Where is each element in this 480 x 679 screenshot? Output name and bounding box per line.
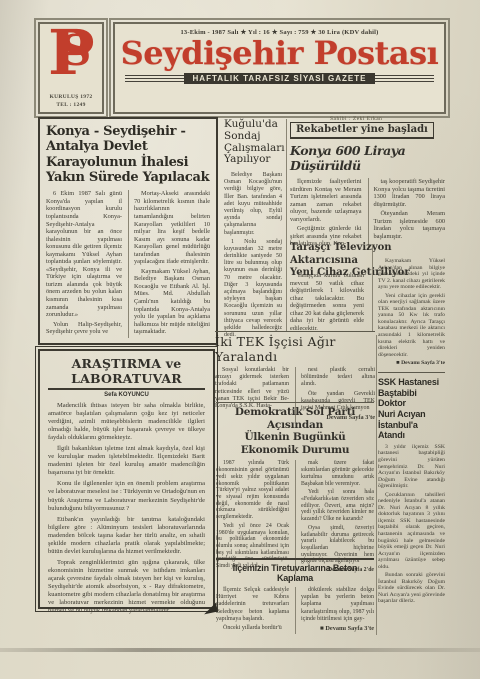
logo-meta: KURULUŞ 1972 TEL : 1249 (40, 93, 102, 110)
paragraph: İlgili bakanlıktan işletme izni almak ka… (48, 445, 205, 477)
paragraph: Taraşçıda kurulu bulunan mevcut 50 vatlı… (290, 272, 364, 332)
newspaper-logo: P S KURULUŞ 1972 TEL : 1249 (38, 22, 104, 114)
rightmost-column: Kaymakam Yüksel Ayhan'dan alınan bilgiye… (378, 258, 445, 607)
scan-fold-shadow (0, 648, 480, 652)
article-rekabet-headline: Konya 600 Liraya Düşürüldü (290, 143, 445, 173)
article-kugulu-body: Belediye Başkanı Osman Kocaoğlu'nun verd… (224, 172, 282, 339)
paragraph: Madencilik ihtisas isteyen bir saha olma… (48, 402, 205, 442)
paragraph: Öteyandan Meram Turizm işletmeside 600 l… (374, 210, 446, 240)
paragraph: Yedi yıl sonra hala «Fedakarlık»tan özve… (301, 489, 374, 523)
article-beton-headline: İlçemizin Tiretuvarlarına Beton Kaplama (216, 563, 374, 583)
paragraph: Yeni cihazlar için gerekli olan enerjiyi… (378, 293, 445, 358)
headline-line: Ülkenin Bugünkü Ekonomik Durumu (216, 431, 374, 456)
paragraph: Bundan sonraki görevini İstanbul Bakırkö… (378, 572, 445, 605)
article-karayolu-body: 6 Ekim 1987 Salı günü Konya'da yapılan i… (46, 190, 210, 337)
article-tek-headline: İki TEK İşçisi Ağır Yaralandı (215, 334, 375, 364)
masthead-box: 13-Ekim - 1987 Salı ★ Yıl : 16 ★ Sayı : … (113, 22, 446, 114)
paragraph: Yolun Halip-Seydişehir, Seydişehir çevre… (46, 321, 122, 336)
article-ssk-body: 3 yıldır ilçemiz SSK hastanesi baştabipl… (378, 444, 445, 605)
tel-text: TEL : 1249 (40, 101, 102, 109)
article-beton-col1: İlçemiz Selçuk caddesiyle Hürriyet ve Kı… (216, 587, 289, 634)
article-tarasci-continued: ■ Devamı Sayfa 3'te (378, 360, 445, 366)
article-beton: İlçemizin Tiretuvarlarına Beton Kaplama … (216, 558, 374, 634)
article-karayolu: Konya - Seydişehir - Antalya Devlet Kara… (38, 117, 218, 345)
paragraph: 6 Ekim 1987 Salı günü Konya'da yapılan i… (46, 190, 122, 318)
article-kugulu-headline: Kuğulu'da Sondaj Çalışmaları Yapılıyor (224, 119, 282, 166)
article-beton-continued: ■ Devamı Sayfa 3'te (301, 625, 374, 633)
paragraph: İlçemiz Selçuk caddesiyle Hürriyet ve Kı… (216, 587, 289, 623)
paragraph: 1987 yılında Türk ekonomisinin genel gör… (216, 460, 289, 520)
paragraph: İlçemizde faaliyetlerini sürdüren Kontaş… (290, 178, 362, 223)
founded-text: KURULUŞ 1972 (40, 93, 102, 101)
masthead: P S KURULUŞ 1972 TEL : 1249 13-Ekim - 19… (38, 22, 446, 114)
paragraph: dökülerek stabilize dolgu yapılan bu yer… (301, 587, 374, 623)
paragraph: Mortaş-Akseki arasındaki 70 kilometrelik… (134, 190, 210, 265)
article-beton-col2: dökülerek stabilize dolgu yapılan bu yer… (295, 587, 374, 634)
paragraph: nesi plastik cerrahi bölümünde tedavi al… (301, 367, 375, 389)
paragraph: Konu ile ilgilenenler için en önemli pro… (48, 480, 205, 512)
paragraph: mak üzere fakat sıkıntılardan görünür ge… (301, 460, 374, 487)
headline-line: Nuri Acıyan (378, 409, 445, 420)
column-rule (286, 119, 287, 331)
newspaper-title: Seydişehir Postası (115, 37, 444, 71)
logo-monogram-s: S (61, 26, 91, 75)
article-tarasci-col2: Kaymakam Yüksel Ayhan'dan alınan bilgiye… (378, 258, 445, 358)
article-dsp-body: 1987 yılında Türk ekonomisinin genel gör… (216, 460, 374, 574)
article-karayolu-col1: 6 Ekim 1987 Salı günü Konya'da yapılan i… (46, 190, 122, 337)
article-karayolu-col2: Mortaş-Akseki arasındaki 70 kilometrelik… (128, 190, 210, 337)
article-dsp-headline: Demokratik Sol Parti Açısından Ülkenin B… (216, 406, 374, 456)
article-arastirma: ARAŞTIRMA ve LABORATUVAR Sefa KOYUNCU Ma… (38, 349, 215, 609)
paragraph: Önceki yıllarda bordür'ü (216, 625, 289, 632)
paragraph: 1 Nolu sondaj kuyusundan 32 metre derinl… (224, 239, 282, 340)
article-rekabet: Rekabetler yine başladı Konya 600 Liraya… (290, 119, 445, 250)
headline-line: SSK Hastanesi (378, 377, 445, 388)
paragraph: 3 yıldır ilçemiz SSK hastanesi baştabipl… (378, 444, 445, 490)
paragraph: Etibank'ın yayınladığı bir tanıtma katal… (48, 516, 205, 556)
article-rekabet-col1: İlçemizde faaliyetlerini sürdüren Kontaş… (290, 178, 362, 250)
article-dsp-col1: 1987 yılında Türk ekonomisinin genel gör… (216, 460, 289, 574)
headline-line: Baştabibi Doktor (378, 388, 445, 409)
paragraph: Toprak zenginliklerimizi gün ışığına çık… (48, 559, 205, 615)
article-kugulu: Kuğulu'da Sondaj Çalışmaları Yapılıyor B… (224, 119, 282, 341)
article-arastirma-headline: ARAŞTIRMA ve LABORATUVAR (48, 356, 205, 390)
slogan-rule-left (125, 75, 184, 82)
newspaper-page: { "masthead": { "logo_monogram_p": "P", … (0, 0, 480, 679)
paragraph: taş kooperatifi Seydişehir Konya yolcu t… (374, 178, 446, 208)
article-dsp-col2: mak üzere fakat sıkıntılardan görünür ge… (295, 460, 374, 574)
column-rule (376, 335, 377, 635)
headline-line: İstanbul'a Atandı (378, 420, 445, 441)
slogan-rule-right (375, 75, 434, 82)
paragraph: Belediye Başkanı Osman Kocaoğlu'nun verd… (224, 172, 282, 237)
article-ssk-headline: SSK Hastanesi Baştabibi Doktor Nuri Acıy… (378, 372, 445, 441)
article-dsp: Demokratik Sol Parti Açısından Ülkenin B… (216, 402, 374, 574)
paragraph: Çocuklarının tahsilleri nedeniyle İstanb… (378, 492, 445, 571)
paragraph: Kaymakam Yüksel Ayhan, Belediye Başkanı … (134, 268, 210, 336)
article-beton-body: İlçemiz Selçuk caddesiyle Hürriyet ve Kı… (216, 587, 374, 634)
newspaper-slogan: HAFTALIK TARAFSIZ SİYASİ GAZETE (184, 73, 376, 84)
article-rekabet-body: İlçemizde faaliyetlerini sürdüren Kontaş… (290, 178, 445, 250)
column-rule (372, 244, 373, 332)
article-karayolu-headline: Konya - Seydişehir - Antalya Devlet Kara… (46, 124, 210, 185)
article-tarasci-col1: Taraşçıda kurulu bulunan mevcut 50 vatlı… (290, 272, 364, 334)
headline-line: Demokratik Sol Parti Açısından (216, 406, 374, 431)
article-rekabet-kicker: Rekabetler yine başladı (290, 122, 434, 139)
paragraph: Kaymakam Yüksel Ayhan'dan alınan bilgiye… (378, 258, 445, 291)
slogan-row: HAFTALIK TARAFSIZ SİYASİ GAZETE (125, 73, 434, 84)
article-rekabet-col2: taş kooperatifi Seydişehir Konya yolcu t… (368, 178, 446, 250)
article-arastirma-body: Madencilik ihtisas isteyen bir saha olma… (48, 402, 205, 615)
article-arastirma-byline: Sefa KOYUNCU (48, 392, 205, 398)
